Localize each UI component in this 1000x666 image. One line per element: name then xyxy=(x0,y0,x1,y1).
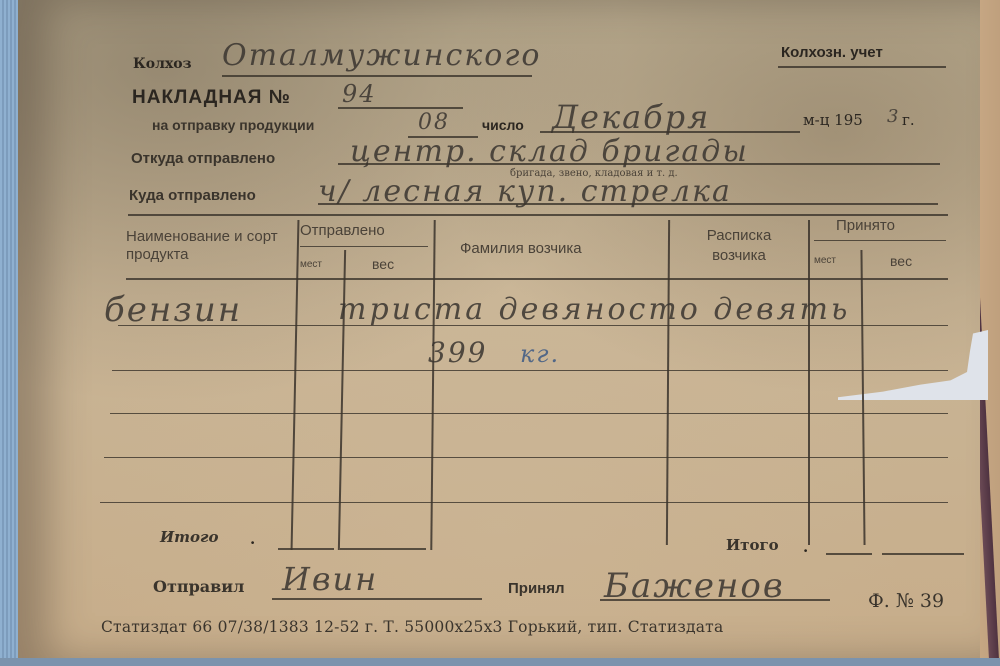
col-header-received-weight: вес xyxy=(890,253,912,269)
total-label-right: Итого xyxy=(726,536,779,554)
col-header-received: Принято xyxy=(836,217,895,234)
col-header-carrier-receipt: Расписка возчика xyxy=(684,226,794,266)
kolkhoz-value: Оталмужинского xyxy=(222,38,542,73)
row-unit: кг. xyxy=(520,340,560,368)
form-number: Ф. № 39 xyxy=(868,590,944,612)
table-row-line xyxy=(100,502,948,503)
kolkhoz-label: Колхоз xyxy=(133,56,192,72)
number-underline xyxy=(338,107,463,109)
total-box-sent-weight xyxy=(340,548,426,550)
printer-imprint: Статиздат 66 07/38/1383 12-52 г. Т. 5500… xyxy=(101,618,723,636)
sent-by-underline xyxy=(272,598,482,600)
table-row-line xyxy=(112,370,948,371)
received-header-divider xyxy=(814,240,946,241)
background-cloth-bottom xyxy=(0,658,1000,666)
table-row-line xyxy=(110,413,948,414)
col-header-product: Наименование и сорт продукта xyxy=(126,228,286,264)
sent-by-label: Отправил xyxy=(153,577,244,596)
total-box-received-places xyxy=(826,553,872,555)
table-row-line xyxy=(104,457,948,458)
row-product: бензин xyxy=(104,290,242,330)
year-suffix: г. xyxy=(902,111,915,129)
day-value: 08 xyxy=(418,110,450,135)
to-label: Куда отправлено xyxy=(129,187,256,204)
total-label-left: Итого xyxy=(160,528,219,546)
row-amount-digits: 399 xyxy=(428,336,487,369)
month-underline xyxy=(540,131,800,133)
col-divider-5 xyxy=(808,220,810,545)
waybill-number: 94 xyxy=(342,80,377,108)
year-value: 3 xyxy=(887,106,900,127)
header-right-underline xyxy=(778,66,946,68)
header-right-label: Колхозн. учет xyxy=(781,44,883,61)
total-box-received-weight xyxy=(882,553,964,555)
total-dot-right: . xyxy=(803,538,808,556)
received-by-underline xyxy=(600,599,830,601)
to-underline xyxy=(318,203,938,205)
col-header-sent: Отправлено xyxy=(300,222,385,239)
col-header-carrier-name: Фамилия возчика xyxy=(460,240,582,257)
sent-header-divider xyxy=(300,246,428,247)
kolkhoz-underline xyxy=(222,75,532,77)
col-header-sent-places: мест xyxy=(300,259,322,270)
month-label: м-ц 195 xyxy=(803,111,863,129)
from-label: Откуда отправлено xyxy=(131,150,275,167)
dispatch-label: на отправку продукции xyxy=(152,117,314,133)
day-label: число xyxy=(482,117,524,133)
col-header-received-places: мест xyxy=(814,255,836,266)
col-header-sent-weight: вес xyxy=(372,256,394,272)
total-dot-left: . xyxy=(250,530,255,548)
table-header-bottom-border xyxy=(126,278,948,280)
sent-by-signature: Ивин xyxy=(282,560,378,598)
page-title: НАКЛАДНАЯ № xyxy=(132,87,291,109)
received-by-label: Принял xyxy=(508,580,565,597)
total-box-sent-places xyxy=(278,548,334,550)
from-underline xyxy=(338,163,940,165)
row-amount-words: триста девяносто девять xyxy=(338,292,850,327)
table-top-border xyxy=(128,214,948,216)
